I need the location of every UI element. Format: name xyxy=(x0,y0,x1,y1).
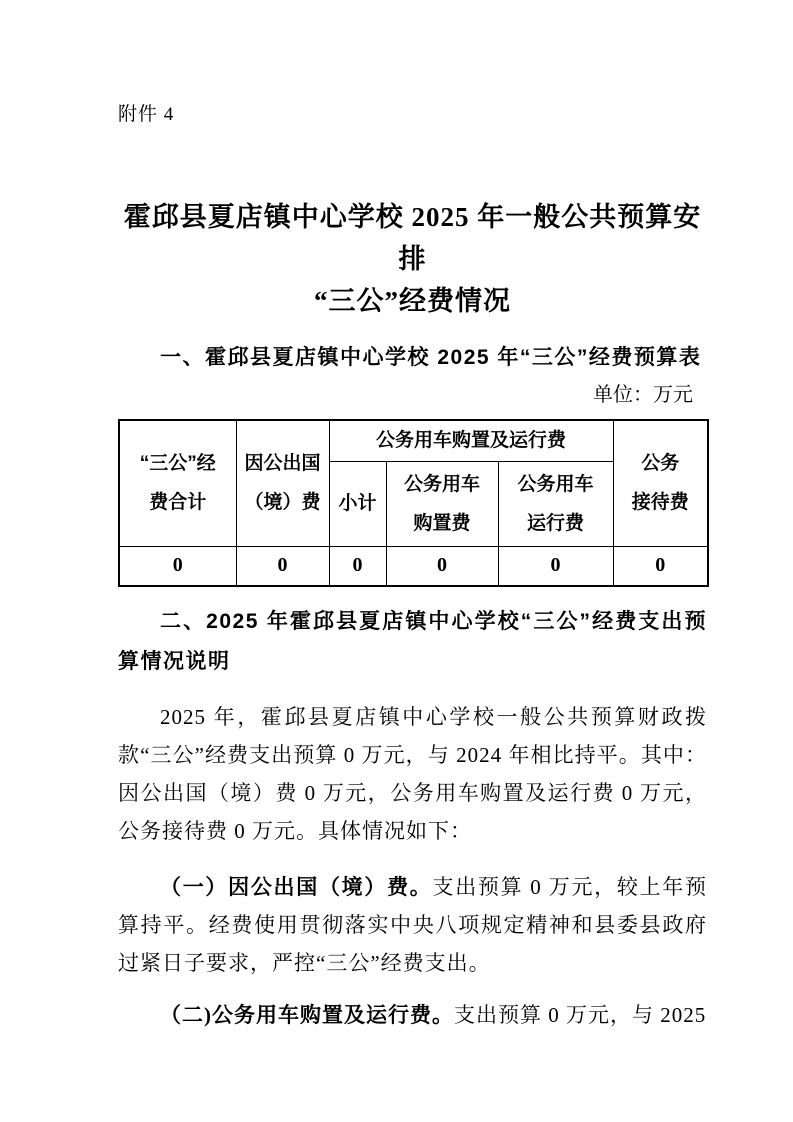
table-header-row-1: “三公”经 费合计 因公出国 （境）费 公务用车购置及运行费 公务 接待费 xyxy=(119,420,708,461)
value-vehicle-purchase: 0 xyxy=(386,546,498,586)
paragraph-overview-text: 2025 年，霍邱县夏店镇中心学校一般公共预算财政拨款“三公”经费支出预算 0 … xyxy=(118,705,707,843)
sangong-budget-table: “三公”经 费合计 因公出国 （境）费 公务用车购置及运行费 公务 接待费 小计… xyxy=(118,419,709,587)
paragraph-overview: 2025 年，霍邱县夏店镇中心学校一般公共预算财政拨款“三公”经费支出预算 0 … xyxy=(118,698,707,850)
paragraph-vehicle-fee-text: 支出预算 0 万元，与 2025 xyxy=(454,1003,706,1027)
unit-note: 单位：万元 xyxy=(118,381,707,409)
document-title-line2: “三公”经费情况 xyxy=(118,280,707,322)
col-header-vehicle-group: 公务用车购置及运行费 xyxy=(329,420,613,461)
col-header-reception-fee: 公务 接待费 xyxy=(613,420,708,546)
value-subtotal: 0 xyxy=(329,546,386,586)
document-content: 附件 4 霍邱县夏店镇中心学校 2025 年一般公共预算安排 “三公”经费情况 … xyxy=(118,103,707,1034)
paragraph-abroad-fee: （一）因公出国（境）费。支出预算 0 万元，较上年预算持平。经费使用贯彻落实中央… xyxy=(118,868,707,982)
attachment-label: 附件 4 xyxy=(118,103,707,126)
paragraph-abroad-fee-lead: （一）因公出国（境）费。 xyxy=(160,875,433,899)
paragraph-vehicle-fee: （二)公务用车购置及运行费。支出预算 0 万元，与 2025 xyxy=(118,996,707,1034)
document-title-line1: 霍邱县夏店镇中心学校 2025 年一般公共预算安排 xyxy=(118,196,707,280)
section2-heading: 二、2025 年霍邱县夏店镇中心学校“三公”经费支出预算情况说明 xyxy=(118,602,707,682)
paragraph-vehicle-fee-lead: （二)公务用车购置及运行费。 xyxy=(160,1003,454,1027)
table-data-row: 0 0 0 0 0 0 xyxy=(119,546,708,586)
col-header-vehicle-purchase: 公务用车 购置费 xyxy=(386,461,498,546)
col-header-subtotal: 小计 xyxy=(329,461,386,546)
value-reception-fee: 0 xyxy=(613,546,708,586)
document-page: 附件 4 霍邱县夏店镇中心学校 2025 年一般公共预算安排 “三公”经费情况 … xyxy=(0,0,793,1122)
col-header-vehicle-operation: 公务用车 运行费 xyxy=(498,461,613,546)
document-title: 霍邱县夏店镇中心学校 2025 年一般公共预算安排 “三公”经费情况 xyxy=(118,196,707,322)
col-header-sangong-total: “三公”经 费合计 xyxy=(119,420,236,546)
value-abroad-fee: 0 xyxy=(236,546,329,586)
value-vehicle-operation: 0 xyxy=(498,546,613,586)
section1-heading: 一、霍邱县夏店镇中心学校 2025 年“三公”经费预算表 xyxy=(118,337,707,379)
col-header-abroad-fee: 因公出国 （境）费 xyxy=(236,420,329,546)
value-sangong-total: 0 xyxy=(119,546,236,586)
